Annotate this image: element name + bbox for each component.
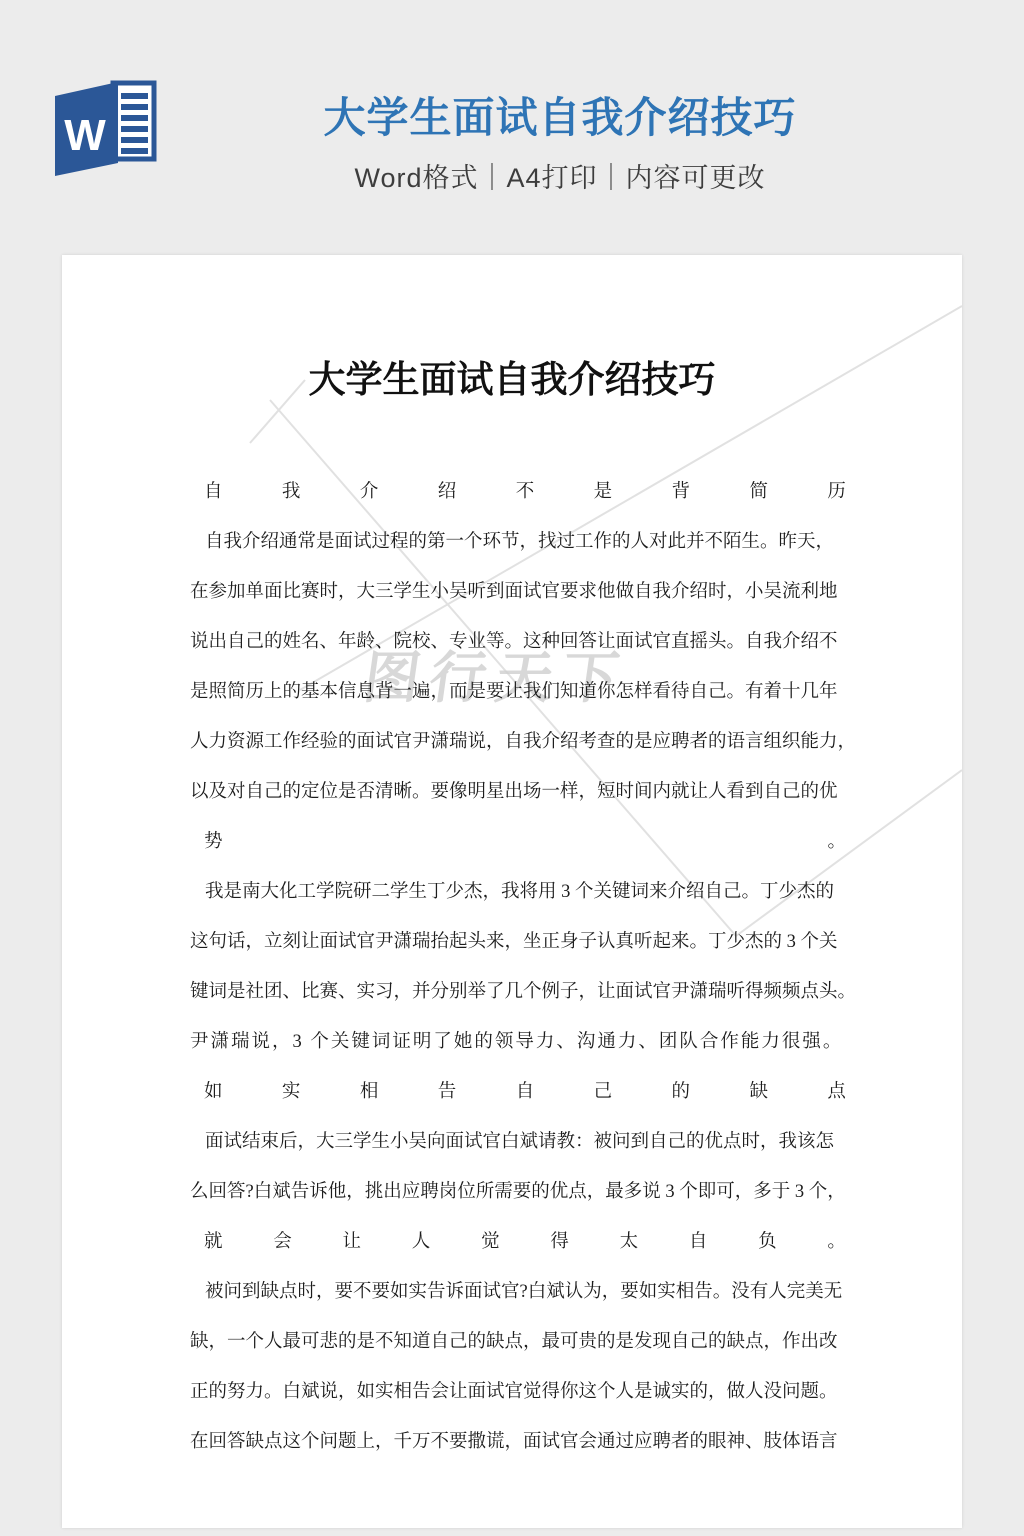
doc-line-char: 实 (282, 1067, 301, 1117)
header: 大学生面试自我介绍技巧 Word格式｜A4打印｜内容可更改 (96, 94, 1024, 195)
doc-line: 尹潇瑞说，3 个关键词证明了她的领导力、沟通力、团队合作能力很强。 (190, 1017, 848, 1067)
doc-line: 么回答?白斌告诉他，挑出应聘岗位所需要的优点，最多说 3 个即可，多于 3 个， (190, 1167, 848, 1217)
doc-line: 势。 (190, 817, 848, 867)
doc-line-char: 绍 (438, 467, 457, 517)
doc-line-char: 自 (204, 467, 223, 517)
doc-line: 正的努力。白斌说，如实相告会让面试官觉得你这个人是诚实的，做人没问题。 (190, 1367, 848, 1417)
header-title: 大学生面试自我介绍技巧 (96, 94, 1024, 142)
doc-line-char: 缺 (749, 1067, 768, 1117)
doc-line: 如实相告自己的缺点 (190, 1067, 848, 1117)
doc-line-char: 自 (516, 1067, 535, 1117)
doc-line-char: 得 (550, 1217, 569, 1267)
doc-line-char: 太 (620, 1217, 639, 1267)
doc-line: 我是南大化工学院研二学生丁少杰，我将用 3 个关键词来介绍自己。丁少杰的 (190, 867, 848, 917)
doc-line-char: 势 (204, 817, 223, 867)
doc-line: 键词是社团、比赛、实习，并分别举了几个例子，让面试官尹潇瑞听得频频点头。 (190, 967, 848, 1017)
doc-line: 说出自己的姓名、年龄、院校、专业等。这种回答让面试官直摇头。自我介绍不 (190, 617, 848, 667)
doc-line-char: 己 (594, 1067, 613, 1117)
doc-line: 在回答缺点这个问题上，千万不要撒谎，面试官会通过应聘者的眼神、肢体语言 (190, 1417, 848, 1467)
doc-line-char: 人 (412, 1217, 431, 1267)
doc-line: 这句话，立刻让面试官尹潇瑞抬起头来，坐正身子认真听起来。丁少杰的 3 个关 (190, 917, 848, 967)
document-title: 大学生面试自我介绍技巧 (62, 351, 962, 411)
doc-line-char: 。 (827, 1217, 846, 1267)
doc-line: 就会让人觉得太自负。 (190, 1217, 848, 1267)
doc-line-char: 的 (672, 1067, 691, 1117)
doc-line-char: 背 (672, 467, 691, 517)
document-page: 图行天下 大学生面试自我介绍技巧 自我介绍不是背简历自我介绍通常是面试过程的第一… (62, 255, 962, 1528)
doc-line-char: 自 (689, 1217, 708, 1267)
doc-line-char: 让 (343, 1217, 362, 1267)
header-subtitle: Word格式｜A4打印｜内容可更改 (96, 156, 1024, 195)
doc-line: 自我介绍不是背简历 (190, 467, 848, 517)
document-body: 自我介绍不是背简历自我介绍通常是面试过程的第一个环节，找过工作的人对此并不陌生。… (190, 467, 848, 1467)
doc-line: 在参加单面比赛时，大三学生小吴听到面试官要求他做自我介绍时，小吴流利地 (190, 567, 848, 617)
doc-line-char: 是 (594, 467, 613, 517)
template-preview-canvas: W 大学生面试自我介绍技巧 Word格式｜A4打印｜内容可更改 图行天下 大学生… (0, 0, 1024, 1536)
doc-line: 面试结束后，大三学生小吴向面试官白斌请教：被问到自己的优点时，我该怎 (190, 1117, 848, 1167)
doc-line: 被问到缺点时，要不要如实告诉面试官?白斌认为，要如实相告。没有人完美无 (190, 1267, 848, 1317)
doc-line-char: 会 (273, 1217, 292, 1267)
doc-line-char: 相 (360, 1067, 379, 1117)
doc-line-char: 我 (282, 467, 301, 517)
doc-line-char: 点 (827, 1067, 846, 1117)
doc-line: 自我介绍通常是面试过程的第一个环节，找过工作的人对此并不陌生。昨天， (190, 517, 848, 567)
doc-line-char: 介 (360, 467, 379, 517)
doc-line: 以及对自己的定位是否清晰。要像明星出场一样，短时间内就让人看到自己的优 (190, 767, 848, 817)
doc-line: 是照简历上的基本信息背一遍，而是要让我们知道你怎样看待自己。有着十几年 (190, 667, 848, 717)
doc-line: 缺，一个人最可悲的是不知道自己的缺点，最可贵的是发现自己的缺点，作出改 (190, 1317, 848, 1367)
doc-line-char: 觉 (481, 1217, 500, 1267)
doc-line-char: 不 (516, 467, 535, 517)
doc-line-char: 告 (438, 1067, 457, 1117)
doc-line-char: 。 (827, 817, 846, 867)
doc-line-char: 简 (749, 467, 768, 517)
doc-line-char: 历 (827, 467, 846, 517)
doc-line-char: 就 (204, 1217, 223, 1267)
doc-line-char: 如 (204, 1067, 223, 1117)
doc-line: 人力资源工作经验的面试官尹潇瑞说，自我介绍考查的是应聘者的语言组织能力， (190, 717, 848, 767)
doc-line-char: 负 (758, 1217, 777, 1267)
